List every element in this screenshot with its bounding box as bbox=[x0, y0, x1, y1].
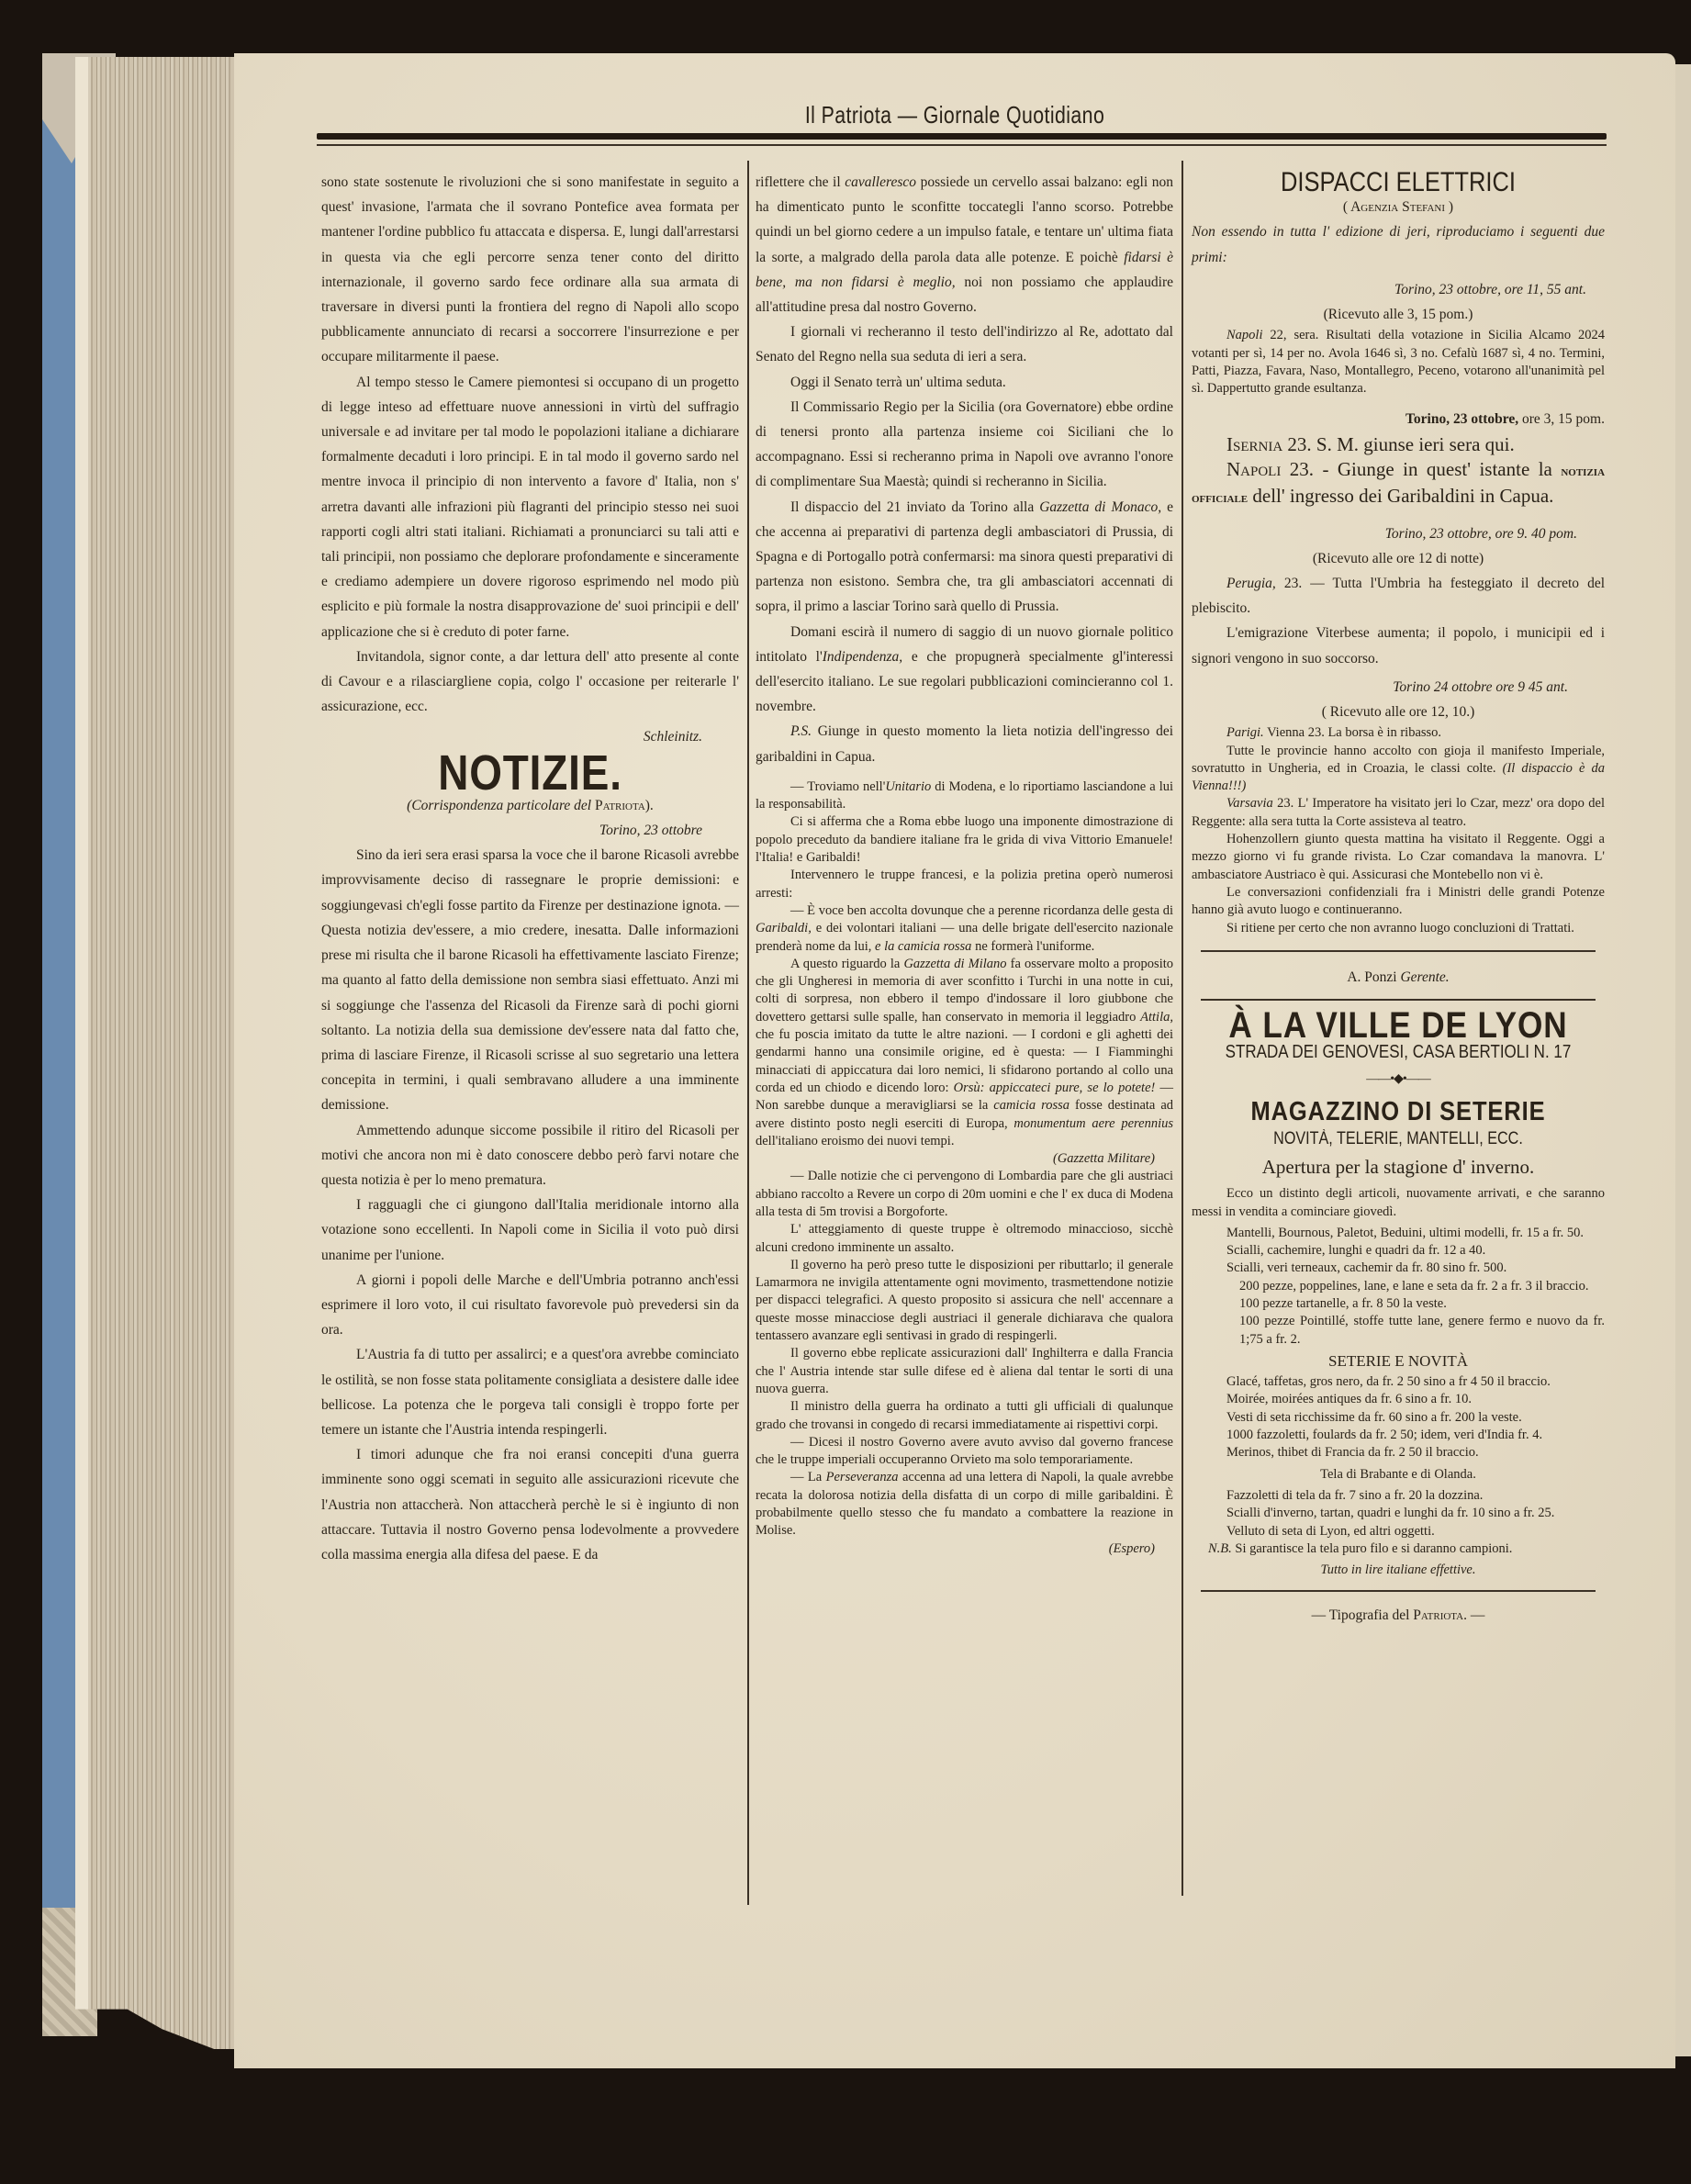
paragraph: Il Commissario Regio per la Sicilia (ora… bbox=[756, 395, 1173, 495]
divider bbox=[1201, 950, 1596, 952]
paragraph: Al tempo stesso le Camere piemontesi si … bbox=[321, 370, 739, 644]
ad-intro: Ecco un distinto degli articoli, nuovame… bbox=[1192, 1185, 1605, 1221]
paragraph: Oggi il Senato terrà un' ultima seduta. bbox=[756, 370, 1173, 395]
ad-item: Mantelli, Bournous, Paletot, Beduini, ul… bbox=[1192, 1225, 1605, 1242]
ad-categories: NOVITÀ, TELERIE, MANTELLI, ECC. bbox=[1223, 1126, 1574, 1151]
paragraph: — Troviamo nell'Unitario di Modena, e lo… bbox=[756, 778, 1173, 814]
paragraph: P.S. Giunge in questo momento la lieta n… bbox=[756, 719, 1173, 768]
column-middle: riflettere che il cavalleresco possiede … bbox=[756, 170, 1173, 1558]
dispatch: Le conversazioni confidenziali fra i Min… bbox=[1192, 884, 1605, 920]
dateline: Torino, 23 ottobre, ore 3, 15 pom. bbox=[1192, 407, 1605, 431]
ad-item: Velluto di seta di Lyon, ed altri oggett… bbox=[1192, 1523, 1605, 1540]
received-line: (Ricevuto alle 3, 15 pom.) bbox=[1192, 302, 1605, 327]
paragraph: Invitandola, signor conte, a dar lettura… bbox=[321, 644, 739, 720]
paragraph: — La Perseveranza accenna ad una lettera… bbox=[756, 1469, 1173, 1540]
received-line: (Ricevuto alle ore 12 di notte) bbox=[1192, 546, 1605, 571]
paragraph: — Dicesi il nostro Governo avere avuto a… bbox=[756, 1434, 1173, 1470]
header-rule bbox=[317, 133, 1607, 140]
dispatch: Si ritiene per certo che non avranno luo… bbox=[1192, 920, 1605, 937]
paragraph: Intervennero le truppe francesi, e la po… bbox=[756, 867, 1173, 902]
dateline: Torino, 23 ottobre bbox=[321, 818, 702, 843]
ad-section-heading: Tela di Brabante e di Olanda. bbox=[1192, 1466, 1605, 1484]
paragraph: — È voce ben accolta dovunque che a pere… bbox=[756, 902, 1173, 956]
paragraph: A giorni i popoli delle Marche e dell'Um… bbox=[321, 1268, 739, 1343]
agency-line: ( Agenzia Stefani ) bbox=[1192, 195, 1605, 219]
dispatch: L'emigrazione Viterbese aumenta; il popo… bbox=[1192, 621, 1605, 670]
section-title: NOTIZIE. bbox=[353, 761, 708, 786]
paragraph: Ci si afferma che a Roma ebbe luogo una … bbox=[756, 813, 1173, 867]
column-divider bbox=[1181, 161, 1183, 1896]
paragraph: I timori adunque che fra noi eransi conc… bbox=[321, 1442, 739, 1567]
paragraph: I giornali vi recheranno il testo dell'i… bbox=[756, 319, 1173, 369]
paragraph: Il governo ebbe replicate assicurazioni … bbox=[756, 1345, 1173, 1398]
paragraph: sono state sostenute le rivoluzioni che … bbox=[321, 170, 739, 370]
dispatch: Parigi. Vienna 23. La borsa è in ribasso… bbox=[1192, 724, 1605, 742]
paragraph: Sino da ieri sera erasi sparsa la voce c… bbox=[321, 843, 739, 1117]
dispatch: Perugia, 23. — Tutta l'Umbria ha festegg… bbox=[1192, 571, 1605, 621]
ad-item: 1000 fazzoletti, foulards da fr. 2 50; i… bbox=[1192, 1427, 1605, 1444]
paragraph: — Dalle notizie che ci pervengono di Lom… bbox=[756, 1168, 1173, 1221]
dispatch: Napoli 22, sera. Risultati della votazio… bbox=[1192, 327, 1605, 398]
paragraph: A questo riguardo la Gazzetta di Milano … bbox=[756, 956, 1173, 1150]
printer-line: — Tipografia del Patriota. — bbox=[1192, 1603, 1605, 1628]
ad-item: Glacé, taffetas, gros nero, da fr. 2 50 … bbox=[1192, 1373, 1605, 1391]
paragraph: I ragguagli che ci giungono dall'Italia … bbox=[321, 1193, 739, 1268]
received-line: ( Ricevuto alle ore 12, 10.) bbox=[1192, 700, 1605, 724]
ad-footer-note: Tutto in lire italiane effettive. bbox=[1192, 1562, 1605, 1579]
column-left: sono state sostenute le rivoluzioni che … bbox=[321, 170, 739, 1567]
dispatch-large: Isernia 23. S. M. giunse ieri sera qui. … bbox=[1192, 432, 1605, 510]
small-print-block: — Troviamo nell'Unitario di Modena, e lo… bbox=[756, 778, 1173, 1558]
page-header: Il Patriota — Giornale Quotidiano bbox=[312, 101, 1597, 129]
ad-note: N.B. Si garantisce la tela puro filo e s… bbox=[1192, 1540, 1605, 1558]
dispatch-line: Napoli 23. - Giunge in quest' istante la… bbox=[1192, 457, 1605, 510]
dispatch: Tutte le provincie hanno accolto con gio… bbox=[1192, 743, 1605, 796]
paragraph: Il ministro della guerra ha ordinato a t… bbox=[756, 1398, 1173, 1434]
dispatch: Varsavia 23. L' Imperatore ha visitato j… bbox=[1192, 795, 1605, 831]
dispatch-block: Parigi. Vienna 23. La borsa è in ribasso… bbox=[1192, 724, 1605, 937]
ad-item: 200 pezze, poppelines, lane, e lane e se… bbox=[1192, 1278, 1605, 1295]
ad-item: 100 pezze Pointillé, stoffe tutte lane, … bbox=[1192, 1313, 1605, 1349]
ad-item: Fazzoletti di tela da fr. 7 sino a fr. 2… bbox=[1192, 1487, 1605, 1505]
divider bbox=[1201, 1590, 1596, 1592]
intro-note: Non essendo in tutta l' edizione di jeri… bbox=[1192, 219, 1605, 269]
source-citation: (Espero) bbox=[756, 1540, 1155, 1558]
header-rule-thin bbox=[317, 144, 1607, 146]
paragraph: Domani escirà il numero di saggio di un … bbox=[756, 620, 1173, 720]
dispatch: Hohenzollern giunto questa mattina ha vi… bbox=[1192, 831, 1605, 884]
ad-section-heading: SETERIE E NOVITÀ bbox=[1192, 1352, 1605, 1370]
source-citation: (Gazzetta Militare) bbox=[756, 1150, 1155, 1168]
ornament-divider: ——•◆•—— bbox=[1192, 1067, 1605, 1092]
ad-address: STRADA DEI GENOVESI, CASA BERTIOLI N. 17 bbox=[1223, 1040, 1574, 1065]
ad-item: Scialli, cachemire, lunghi e quadri da f… bbox=[1192, 1242, 1605, 1260]
paragraph: L'Austria fa di tutto per assalirci; e a… bbox=[321, 1342, 739, 1442]
dateline: Torino 24 ottobre ore 9 45 ant. bbox=[1192, 675, 1568, 700]
ad-title: À LA VILLE DE LYON bbox=[1216, 1014, 1580, 1038]
gerente-line: A. Ponzi Gerente. bbox=[1192, 965, 1605, 990]
section-title: DISPACCI ELETTRICI bbox=[1223, 170, 1574, 195]
ad-item: Vesti di seta ricchissime da fr. 60 sino… bbox=[1192, 1409, 1605, 1427]
dateline: Torino, 23 ottobre, ore 9. 40 pom. bbox=[1192, 521, 1577, 546]
column-divider bbox=[747, 161, 749, 1905]
ad-item: Moirée, moirées antiques da fr. 6 sino a… bbox=[1192, 1391, 1605, 1408]
column-right: DISPACCI ELETTRICI ( Agenzia Stefani ) N… bbox=[1192, 170, 1605, 1629]
ad-opening: Apertura per la stagione d' inverno. bbox=[1192, 1155, 1605, 1180]
dateline: Torino, 23 ottobre, ore 11, 55 ant. bbox=[1192, 277, 1586, 302]
ad-item: Merinos, thibet di Francia da fr. 2 50 i… bbox=[1192, 1444, 1605, 1462]
advertisement: À LA VILLE DE LYON STRADA DEI GENOVESI, … bbox=[1192, 1014, 1605, 1629]
paragraph: L' atteggiamento di queste truppe è oltr… bbox=[756, 1221, 1173, 1257]
dispatch-line: Isernia 23. S. M. giunse ieri sera qui. bbox=[1192, 432, 1605, 457]
ad-item: 100 pezze tartanelle, a fr. 8 50 la vest… bbox=[1192, 1295, 1605, 1313]
book-page-edges bbox=[75, 57, 249, 2049]
paragraph: Ammettendo adunque siccome possibile il … bbox=[321, 1118, 739, 1193]
ad-list: Ecco un distinto degli articoli, nuovame… bbox=[1192, 1185, 1605, 1579]
masthead: Il Patriota — Giornale Quotidiano bbox=[805, 101, 1104, 129]
ad-item: Scialli d'inverno, tartan, quadri e lung… bbox=[1192, 1505, 1605, 1522]
divider bbox=[1201, 999, 1596, 1001]
paragraph: Il dispaccio del 21 inviato da Torino al… bbox=[756, 495, 1173, 620]
paragraph: riflettere che il cavalleresco possiede … bbox=[756, 170, 1173, 319]
ad-subtitle: MAGAZZINO DI SETERIE bbox=[1216, 1100, 1580, 1125]
ad-item: Scialli, veri terneaux, cachemir da fr. … bbox=[1192, 1260, 1605, 1277]
paragraph: Il governo ha però preso tutte le dispos… bbox=[756, 1257, 1173, 1345]
